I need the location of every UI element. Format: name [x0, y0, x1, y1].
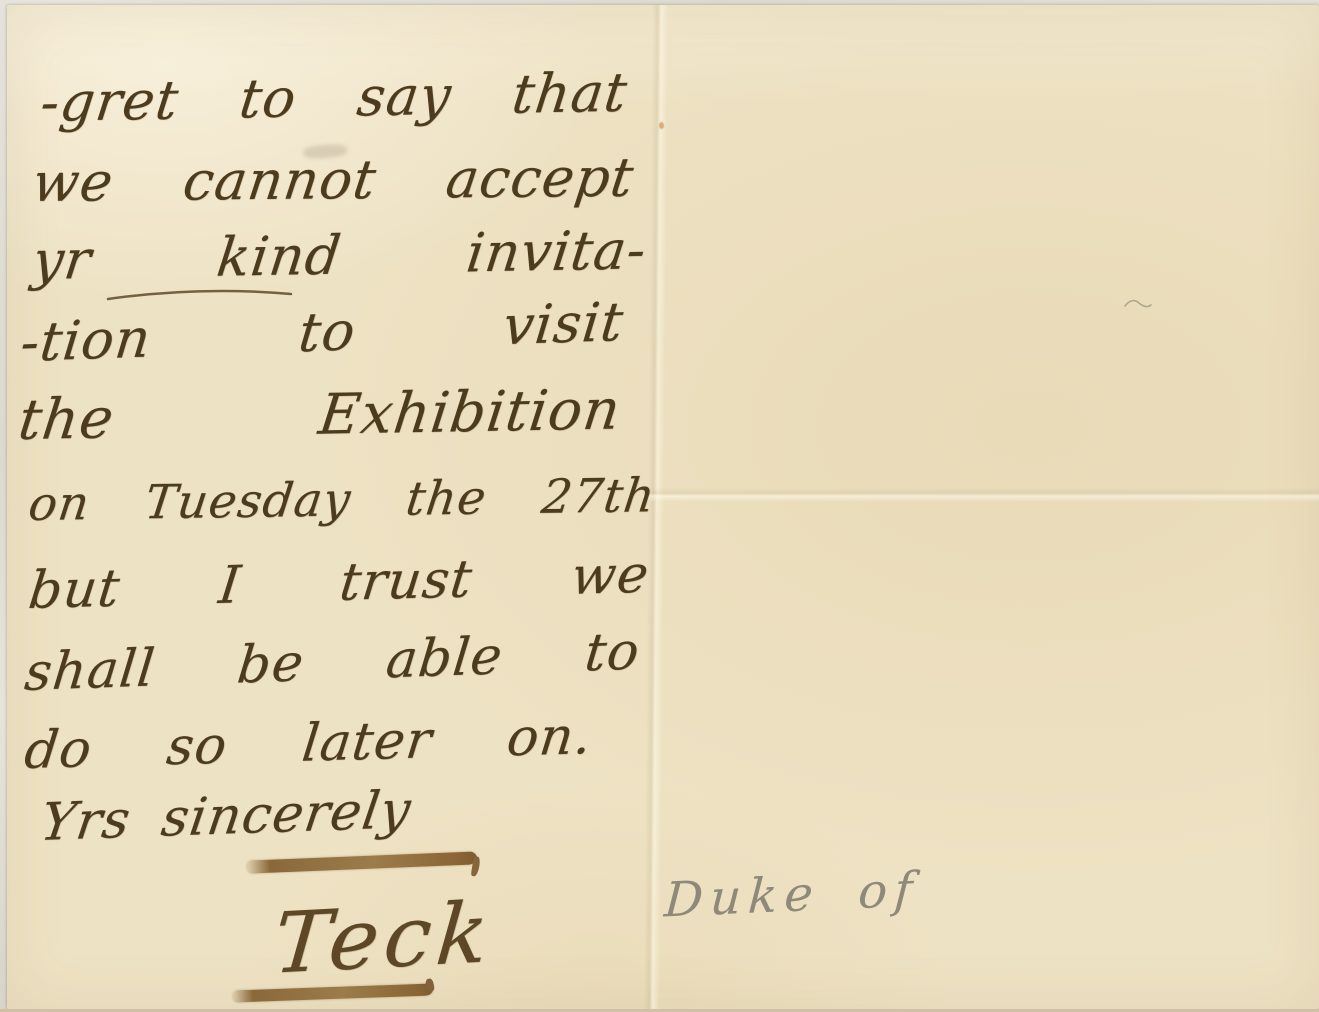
pencil-annotation: Duke of: [663, 861, 921, 928]
horizontal-fold-crease: [643, 488, 1319, 502]
letter-line-1: -gret to say that: [37, 61, 631, 134]
faint-pencil-squiggle: [1123, 295, 1153, 311]
ink-underline-closing: [247, 851, 477, 873]
scan-edge-left: [0, 0, 7, 1012]
ink-underline-signature: [233, 984, 433, 1003]
letter-line-6: on Tuesday the 27th: [26, 468, 659, 532]
letter-line-3: yr kind invita-: [29, 218, 650, 292]
letter-line-8: shall be able to: [22, 622, 643, 703]
letter-line-5: the Exhibition: [15, 378, 624, 453]
letter-paper: -gret to say that we cannot accept yr ki…: [7, 5, 1319, 1009]
ink-underline-kind: [105, 285, 295, 303]
letter-line-9: do so later on.: [22, 706, 596, 781]
letter-line-7: but I trust we: [26, 545, 653, 621]
letter-closing: Yrs sincerely: [37, 780, 415, 853]
paper-speck: [659, 122, 664, 129]
signature: Teck: [270, 883, 497, 992]
letter-scan: -gret to say that we cannot accept yr ki…: [0, 0, 1319, 1012]
